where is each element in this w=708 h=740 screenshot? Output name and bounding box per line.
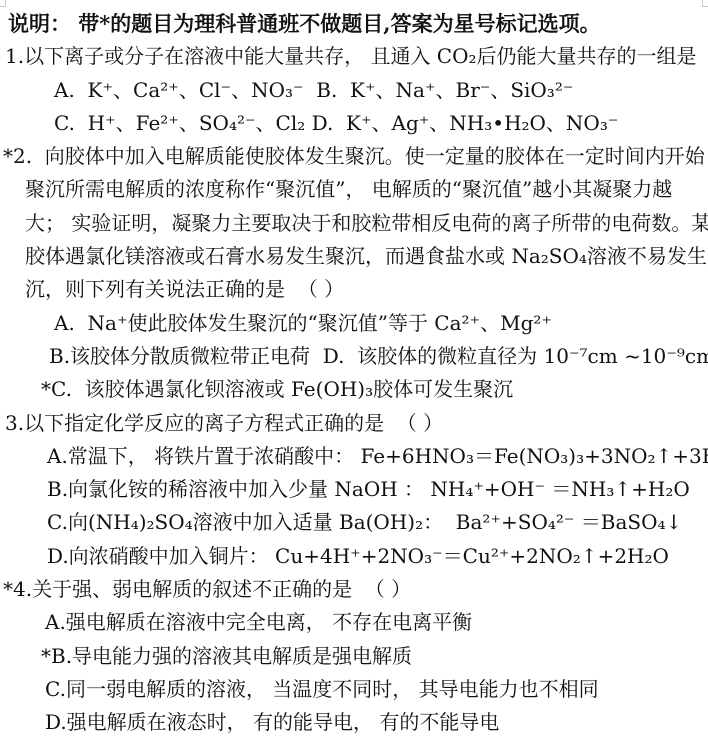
q4-option-d: D.强电解质在液态时， 有的能导电， 有的不能导电 <box>0 706 708 739</box>
q3-option-c: C.向(NH₄)₂SO₄溶液中加入适量 Ba(OH)₂： Ba²⁺+SO₄²⁻ … <box>0 506 708 539</box>
q4-stem: *4.关于强、弱电解质的叙述不正确的是 （ ） <box>0 573 708 606</box>
q2-option-c: *C. 该胶体遇氯化钡溶液或 Fe(OH)₃胶体可发生聚沉 <box>0 373 708 406</box>
q2-stem-line-3: 大； 实验证明，凝聚力主要取决于和胶粒带相反电荷的离子所带的电荷数。某 <box>0 207 708 240</box>
q2-option-a: A. Na⁺使此胶体发生聚沉的“聚沉值”等于 Ca²⁺、Mg²⁺ <box>0 307 708 340</box>
q2-stem-line-4: 胶体遇氯化镁溶液或石膏水易发生聚沉，而遇食盐水或 Na₂SO₄溶液不易发生聚 <box>0 240 708 273</box>
q4-option-c: C.同一弱电解质的溶液， 当温度不同时， 其导电能力也不相同 <box>0 673 708 706</box>
q2-stem-line-5: 沉，则下列有关说法正确的是 （ ） <box>0 273 708 306</box>
q3-stem: 3.以下指定化学反应的离子方程式正确的是 （ ） <box>0 407 708 440</box>
q1-stem: 1.以下离子或分子在溶液中能大量共存， 且通入 CO₂后仍能大量共存的一组是 <box>0 40 708 73</box>
q3-option-a: A.常温下， 将铁片置于浓硝酸中： Fe+6HNO₃＝Fe(NO₃)₃+3NO₂… <box>0 440 708 473</box>
q2-stem-line-1: *2. 向胶体中加入电解质能使胶体发生聚沉。使一定量的胶体在一定时间内开始 <box>0 140 708 173</box>
q4-option-a: A.强电解质在溶液中完全电离， 不存在电离平衡 <box>0 606 708 639</box>
q3-option-d: D.向浓硝酸中加入铜片： Cu+4H⁺+2NO₃⁻＝Cu²⁺+2NO₂↑+2H₂… <box>0 540 708 573</box>
scan-artifact-top-right <box>702 0 708 7</box>
exam-notice: 说明： 带*的题目为理科普通班不做题目,答案为星号标记选项。 <box>0 7 708 40</box>
q3-option-b: B.向氯化铵的稀溶液中加入少量 NaOH ： NH₄⁺+OH⁻ ＝NH₃↑+H₂… <box>0 473 708 506</box>
exam-worksheet-page: 说明： 带*的题目为理科普通班不做题目,答案为星号标记选项。 1.以下离子或分子… <box>0 0 708 740</box>
q1-options-row-ab: A. K⁺、Ca²⁺、Cl⁻、NO₃⁻ B. K⁺、Na⁺、Br⁻、SiO₃²⁻ <box>0 74 708 107</box>
q2-stem-line-2: 聚沉所需电解质的浓度称作“聚沉值”， 电解质的“聚沉值”越小其凝聚力越 <box>0 173 708 206</box>
q1-options-row-cd: C. H⁺、Fe²⁺、SO₄²⁻、Cl₂ D. K⁺、Ag⁺、NH₃•H₂O、N… <box>0 107 708 140</box>
q2-option-b-d: B.该胶体分散质微粒带正电荷 D. 该胶体的微粒直径为 10⁻⁷cm ~10⁻⁹… <box>0 340 708 373</box>
q4-option-b: *B.导电能力强的溶液其电解质是强电解质 <box>0 640 708 673</box>
scan-artifact-top-left <box>0 0 6 7</box>
